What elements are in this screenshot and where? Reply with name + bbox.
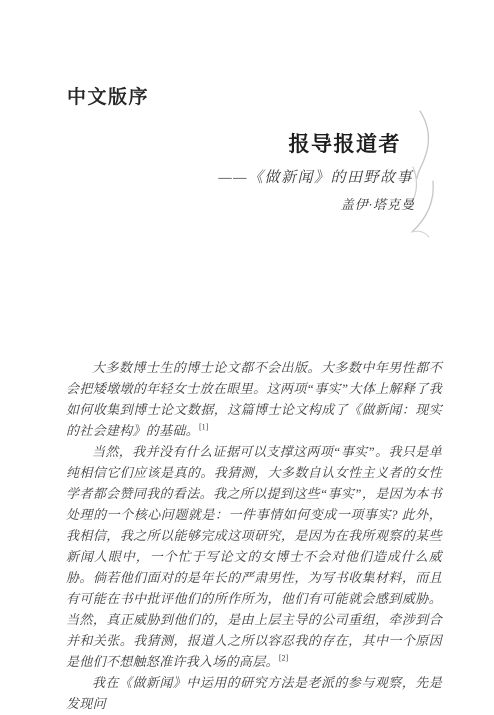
author-name: 盖伊·塔克曼 — [218, 197, 415, 213]
footnote-ref: [2] — [279, 654, 288, 663]
article-subtitle: ——《做新闻》的田野故事 — [218, 169, 413, 188]
body-text: 大多数博士生的博士论文都不会出版。大多数中年男性都不会把矮墩墩的年轻女士放在眼里… — [66, 357, 442, 714]
footnote-ref: [1] — [199, 423, 208, 432]
paragraph-2: 当然，我并没有什么证据可以支撑这两项“事实”。我只是单纯相信它们应该是真的。我猜… — [66, 441, 442, 672]
book-page: 中文版序 报导报道者 ——《做新闻》的田野故事 盖伊·塔克曼 大多数博士生的博士… — [0, 0, 494, 715]
paragraph-3: 我在《做新闻》中运用的研究方法是老派的参与观察，先是发现问 — [66, 672, 442, 714]
chapter-heading: 中文版序 — [67, 82, 149, 109]
article-title: 报导报道者 — [218, 132, 401, 157]
paragraph-1: 大多数博士生的博士论文都不会出版。大多数中年男性都不会把矮墩墩的年轻女士放在眼里… — [66, 357, 442, 441]
title-block: 报导报道者 ——《做新闻》的田野故事 盖伊·塔克曼 — [218, 132, 413, 213]
